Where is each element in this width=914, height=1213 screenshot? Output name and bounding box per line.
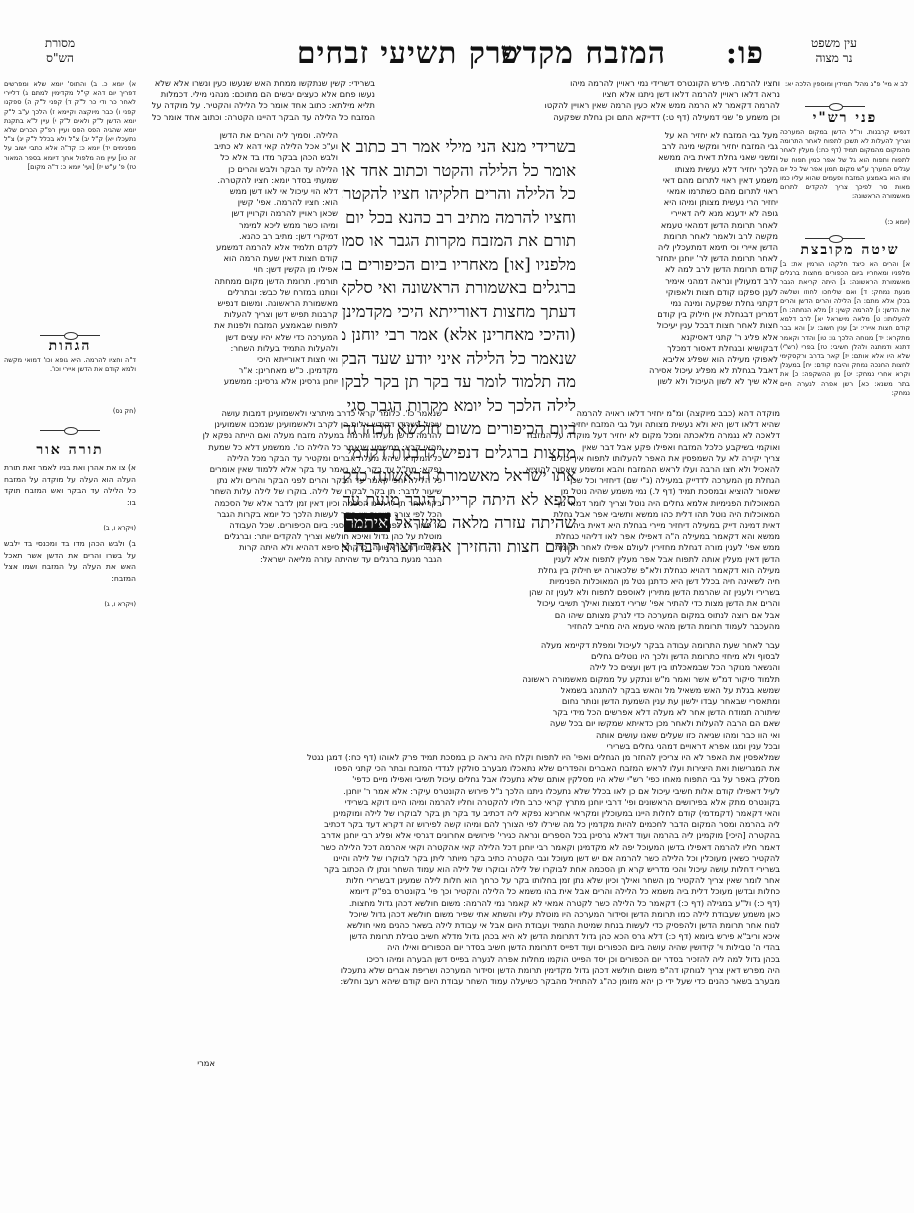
tosafot-line: והאי דקאמר (דקמדמי) קודם לחלות היינו במע… [142,808,780,819]
tosafot-line: דבקושיא ובגחלת דאסור דמכלך [582,343,778,354]
torah-or-verse-1: א) צו את אהרן ואת בניו לאמר זאת תורת העל… [4,462,136,522]
tosafot-line: שאם הם הרבה להעלות ולאחר מכן כדאיתא שמקש… [142,718,780,729]
rashi-line: מקדמינן. כ"ש מאחרינן: א"ר [142,365,338,376]
tosafot-line: דאמר חליו להרמה דאפילו בדשן המעוכל יפה ל… [142,842,780,853]
rashi-line: להרמה כדשן מעלה והרמה במעלה מזבח מעלה וא… [142,430,442,441]
tosafot-line: צריך יקירה לא על השמפסין את האפר להעלותו… [470,453,780,464]
torah-or-title: תורה אור [10,442,130,459]
rashi-line: ולהעלות התמיד בעלות השחר: [142,343,338,354]
shita-mekubetzet-text: א] והרים הא כיצד חלקהו הורמין את: ב] מלפ… [780,260,910,490]
ein-mishpat-header: עין משפט נר מצוה [794,36,874,66]
tosafot-line: חיה לשאינה חיה בכלל דשן היא כדתנן נטל מן… [470,576,780,587]
tosafot-line: אבל אם רוצה לנתוס במקום המערכה כדי לנרק … [470,610,780,621]
tosafot-line: ומתאסרי שבאחר עבדו ילשון עת ענין השמעת ה… [142,696,780,707]
tractate-title: זבחים [297,38,369,70]
next-page-catchword: אמרי [175,1058,215,1070]
rashi-bottom: שנאמר כו'. כלומר קראי כדרב מיתרצי ולאשמו… [142,408,442,573]
gemara-line: מלפניו [או] מאחריו ביום הכיפורים בחצות [342,253,576,277]
mesoret-title: מסורת [30,36,90,51]
tosafot-line: ומשני שאני גחלת דאית ביה ממשא [582,152,778,163]
tosafot-line: ראוי לתרום מהם כשתרמו אמאי [582,186,778,197]
rashi-line: באשמורת הראשונה. כדקתני סיפא דההיא ולא ה… [142,542,442,553]
rashi-line: ומיהו כשר ממש ליכא למימר [142,220,338,231]
gemara-line: (והיכי מאחרינן אלא) אמר רבי יוחנן ממשמע [342,323,576,347]
tosafot-line: המאוכלות היה נוטל תהו דלית כהו ממשא ותשי… [470,509,780,520]
rashi-line: הוא: חציו להרמה. אפי' קשין [142,197,338,208]
gemara-line: שנאמר כל הלילה איני יודע שעד הבקר [342,347,576,371]
tosafot-line: לנוח אחר תרומת הדשן ולהפסיק כדי לעשות בנ… [142,920,780,931]
tosafot-line: להאכיל ולא חצו הרבה ועלו לראש ההמזבח והב… [470,464,780,475]
rashi-side: הלילה. וסמיך ליה והרים את הדשן וע"כ אכל … [142,130,338,410]
tosafot-line: דאבל בגחלת לא מפליג עיכול אסירה [582,365,778,376]
tosafot-line: אחר לומר שאין צריך להקטיר מן השחר ואילך … [142,875,780,886]
penei-rashi-source: (יומא כ:) [780,218,910,228]
gemara-line: תורם את המזבח מקרות הגבר או סמוך לו [342,229,576,253]
rashi-line: ונותנו במזרח של כבש: ובתרלים [142,287,338,298]
divider-ornament [40,335,100,336]
torah-or-source-1: (ויקרא ו, ב) [4,524,136,534]
rashi-line: ואי חצות דאורייתא היכי [142,354,338,365]
tosafot-line: מקשה לרב ולאמר לאחר תרומת [582,231,778,242]
rashi-line: הגבר מגעת ברגלים עד שהיתה עזרה מליאה ישר… [142,554,442,565]
tosafot-line: שהיא דלאו דשן היא ולא נעשית מצותה ועל גב… [470,419,780,430]
rashi-line: הלילה. וסמיך ליה והרים את הדשן [142,130,338,141]
rashi-line: לתפוח שבאמצע המזבח ולפנות את [142,320,338,331]
tosafot-line: בשרירי דחלות עושה עיכול והכי מדריש קרא ת… [142,864,780,875]
tosafot-line: ממש אפי' לענין מורה דגחלת מחזירין לעולם … [470,542,780,553]
tosafot-line: ואי הוו כבר ומהו שגיאה כזו שעלים שאנו עו… [142,730,780,741]
rashi-line: ולבש הכהן בבקר מדו בד אלא כל [142,152,338,163]
tosafot-side: מעל גבי המזבח לא יחזיר הא על גבי המזבח י… [582,130,778,410]
rashi-line: וע"כ אכל הלילה קאי דהא לא כתיב [142,141,338,152]
tosafot-line: כאן משמע שעבודת לילה כמו תרומת הדשן וסיד… [142,909,780,920]
tosafot-line: כחלות ובדשן מעוכל דלית ביה משמא כל הלילה… [142,886,780,897]
daf-number: פו: [726,38,764,70]
tosafot-line: מסלק באפר על גבי התפוח מאחו כפי' רש"י של… [142,774,780,785]
gemara-line: בשרידי מנא הני מילי אמר רב כתוב אחד [342,135,576,159]
tosafot-line: בכהן גדול למה ליה להזכיר בסדר יום הכפורי… [142,954,780,965]
chapter-title: המזבח מקדש [500,38,666,70]
rashi-line: לקדם תלמיד אלא להרמה דמשמע [142,242,338,253]
rashi-line: המזבח כל הלילה עד הבקר דהיינו הקטרה: וכת… [140,112,375,123]
ein-mishpat-title: עין משפט [794,36,874,51]
divider-ornament [805,106,865,107]
tosafot-line: הדשן דאין מעלין אותה לתפוח אבל אפר מעלין… [470,554,780,565]
tosafot-line: בהקטרה [היכי] מוקמינן ליה בהרמה ועוד דאל… [142,830,780,841]
rashi-line: קודם חצות דאין שעת הרמה הוא [142,253,338,264]
tosafot-line: מבערב בשאר כהנים כדי שעל ידי כן יהא מזומ… [142,976,780,987]
tosafot-line: מוקדה דהא (כבב מיוקצה) ומ"מ יחזיר דלאו ר… [470,408,780,419]
rashi-end-word [420,578,460,590]
penei-rashi-text: דנפיש קרבנות. ור"ל הדשן במקום המערכה וצר… [780,128,910,218]
hagahot-text: ד"ה וחציו להרמה. היא גופא וכו' דמואי מקש… [4,356,136,392]
tosafot-line: לאחר תרומת הדשן דמהאי טעמא [582,220,778,231]
rashi-line: בשרידי: קשין שנתקשו ממחת האש שנעשו כעין … [140,78,375,89]
tosafot-line: מהעכבר לעמוד תרומת הדשן מהאי טעמא היה מח… [470,621,780,632]
rashi-line: שכאן ראויין להרמה וקרויין דשן [142,208,338,219]
rashi-line: דלא הוי עיכול אי לאו דשן ממש [142,186,338,197]
tosafot-line: וחציו להרמה. פירש הקונטרס דשרידי נמי ראו… [545,78,780,89]
mesoret-header: מסורת הש"ס [30,36,90,66]
rashi-line: שמעתי בסדר יומא: חציו להקטרה. [142,175,338,186]
tosafot-line: מעל גבי המזבח לא יחזיר הא על [582,130,778,141]
tosafot-line: עבר לאחר שעת התרומה עבודה בבקר לעיכול ומ… [142,640,780,651]
ein-mishpat-entry: לב א מיי' פ"ג מהל' תמידין ומוספין הלכה י… [780,80,908,100]
tosafot-line: דאית דמינה דייק במעילה דיחזיר מיירי בגחל… [470,520,780,531]
shita-mekubetzet-title: שיטה מקובצת [790,242,910,259]
hagahot-source: (חק נס) [4,407,136,417]
tosafot-line: לעיל דאפילו קודם אלות חשיבי עיכול אם כן … [142,786,780,797]
gemara-line: כל הלילה והרים חלקיהו חציו להקטרה [342,182,576,206]
tosafot-line: הדשן איירי וכי תימא דמתעכלין ליה [582,242,778,253]
tosafot-line: בהדי ה' טבילות וי' קידושין שהיה עושה ביו… [142,942,780,953]
mesoret-hashas-text: א) יומא כ. ב) והתוס' יומא שלא ומפרשים דפ… [4,80,136,305]
tosafot-line: שמשא בגלת על האש משאיל מל והאש בבקר להתנ… [142,685,780,696]
rashi-line: נעשו פחם אלא כעצים יבשים הם מתוכם: מנהני… [140,89,375,100]
penei-rashi-title: פני רש"י [790,110,900,127]
rashi-line: המערכה כדי שלא יהיו עצים דשן [142,332,338,343]
gemara-line: אומר כל הלילה והקטר וכתוב אחד אומר [342,159,576,183]
tosafot-line: הלכך יחזיר דלא נעשית מצותו [582,164,778,175]
rashi-line: מוטלת על כהן גדול ואיכא חולשא וצריך להקד… [142,531,442,542]
perek-title: פרק תשיעי [380,38,519,70]
rashi-line: שיעור לדבר: תן בקר לבקרו של לילה. בוקרו … [142,486,442,497]
tosafot-line: לענן ספקנו קודם חצות ולאפוקי [582,287,778,298]
gemara-line: ברגלים באשמורת הראשונה ואי סלקא [342,276,576,300]
tosafot-line: שאסור להוציא ובמסכת תמיד (דף ל.) נמי משמ… [470,486,780,497]
tosafot-line: לרב דמעולין ונראה דמהני אימיר [582,276,778,287]
tosafot-line: אלא שיך לא לשון העיכול ולא לשון [582,376,778,387]
ner-mitzvah-title: נר מצוה [794,51,874,66]
rashi-line: מהאי קרא: ממשמע שנאמר כל הלילה כו'. ממשמ… [142,442,442,453]
rashi-line: עיכול בשרידי דקודש אלות הן לקרב ולאשמועי… [142,419,442,430]
tosafot-line: גבי המזבח יחזיר ומקשי מינה לרב [582,141,778,152]
tosafot-line: משמע דאין ראוי לתרום מהם דאי [582,175,778,186]
tosafot-line: ואוקמי בשיקבע כלכל המזבח ואפילו פקע אבל … [470,442,780,453]
tosafot-line: (דף כ:) ול"ע במגילה (דף כ:) דקאמר כל הלי… [142,898,780,909]
tosafot-line: המאוכלות הפנימיות אלמא גחלים היה נוטל וצ… [470,498,780,509]
rashi-line: שנאמר כו'. כלומר קראי כדרב מיתרצי ולאשמו… [142,408,442,419]
tosafot-line: והנשאר מנוקר הכל שבמאכלתו בין דשן ועצים … [142,662,780,673]
divider-ornament [40,430,100,431]
tosafot-continued: מוקדה דהא (כבב מיוקצה) ומ"מ יחזיר דלאו ר… [470,408,780,638]
rashi-line: אפילו מן הקשין דשן: חוי [142,264,338,275]
rashi-line: כל המקרא שיהא מעלה אברים ומקטיר עד הבקר … [142,453,442,464]
tosafot-line: יחזיר הרי נעשית מצותן ומיהו היא [582,197,778,208]
tosafot-line: איכא וריב"א פירש ביומא (דף כ:) דלא גרס ה… [142,931,780,942]
tosafot-line: ליה בהרמה ומסר המקום הדבר לחכמים להיות מ… [142,819,780,830]
tosafot-line: להקטיר כשאין מעוכלין וכל הלילה כשר להרמה… [142,853,780,864]
tosafot-line: לאחר תרומת הדשן לר' יוחנן יתחזר [582,253,778,264]
tosafot-line: היה מפרש דאין צריך לגוחקו דה"פ משום חולש… [142,965,780,976]
tosafot-top: וחציו להרמה. פירש הקונטרס דשרידי נמי ראו… [545,78,780,128]
gemara-line: דעתך מחצות דאורייתא היכי מקדמינן [342,300,576,324]
tosafot-full-width: עבר לאחר שעת התרומה עבודה בבקר לעיכול ומ… [142,640,780,1120]
tosafot-line: קודם תרומת הדשן לרב למה לא [582,264,778,275]
tosafot-line: להרמה דקאמר לא הרמה ממש אלא כעין הרמה שא… [545,100,780,111]
tosafot-line: חצות לאחר חצות דבכל ענין יעיכול [582,320,778,331]
gemara-line: מה תלמוד לומר עד בקר תן בקר לבקרו של [342,370,576,394]
tosafot-line: לאפוקי מעילה הוא שפליג אליבא [582,354,778,365]
tosafot-line: שיתורה תמודח הדשן אחר לא מעלה דלא אפרשים… [142,707,780,718]
rashi-line: תורמין. תרומת הדשן מקום ממחתה [142,276,338,287]
rashi-line: הכל לפי צורך השעה יש בידך לעשות הלכך כל … [142,509,442,520]
tosafot-line: וכן משמע פ' שני דמעילה (דף ט:) דדייקא הת… [545,112,780,123]
divider-ornament [805,238,865,239]
torah-or-source-2: (ויקרא ו, ג) [4,600,136,610]
rashi-line: כל הלילה והכי קאמר עד הבקר והרים לפני הב… [142,475,442,486]
torah-or-verse-2: ב) ולבש הכהן מדו בד ומכנסי בד ילבש על בש… [4,538,136,598]
tosafot-line: שמלאפסין את האפר לא היו צריכין להחזר מן … [142,752,780,763]
rashi-line: או סמוך לו לפניו או לאחריו סגי: ביום הכי… [142,520,442,531]
rashi-line: יוחנן גרסינן אלא גרסינן: ממשמע [142,376,338,387]
rashi-line: קרבנות תפיש דשן וצריך להעלות [142,309,338,320]
tosafot-line: אלא פליג ר' קתני דאסיקנא [582,332,778,343]
rashi-line: מאשמורת הראשונה. ומשום דנפיש [142,298,338,309]
tosafot-line: מעילה הוא דקאמר דהויא כגחלת ולא"פ שלכאור… [470,565,780,576]
tosafot-line: ממשא והא דקאמר במעילה ה"ה דאפילו אפר לאו… [470,531,780,542]
tosafot-line: ובכל ענין ומגו אפרא דראויים דמהני גחלים … [142,741,780,752]
rashi-line: בקר אחר תן לו היינו הסכמה וכיון דאין זמן… [142,498,442,509]
tosafot-line: בשרירי ולענין זה שהרמת הדשן מתירין לאוספ… [470,587,780,598]
tosafot-line: דקתני גחלת שפקעה ומינה נמי [582,298,778,309]
tosafot-line: לבסוף ולא מיחזי כתרומת הדשן ולכך היו נוט… [142,651,780,662]
gemara-line: וחציו להרמה מתיב רב כהנא בכל יום [342,206,576,230]
tosafot-line: בקונטרס מתק אלא בפירושים הראשונים ופי' ד… [142,797,780,808]
tosafot-line: והרים את הדשן מצות כדי להתיר אפי' שרירי … [470,598,780,609]
rashi-line: הלילה עד הבקר ולבש והרים כן [142,164,338,175]
hashas-title: הש"ס [30,51,90,66]
tosafot-line: תלמוד סיקור דמ"ש אשר ואמר מ"ש ונתקע על מ… [142,674,780,685]
rashi-line: דמיקרי דשן: מתיב רב כהנא. [142,231,338,242]
tosafot-line: את המגרישות ואת היצירות ועלו לראש המזבח … [142,763,780,774]
tosafot-line: גופה לא ידענא מנא ליה דאיירי [582,208,778,219]
hagahot-title: הגהות [10,338,130,355]
rashi-top: בשרידי: קשין שנתקשו ממחת האש שנעשו כעין … [140,78,375,128]
tosafot-line: נראה דלאו ראויין להרמה דלאו דשן ניתנו אל… [545,89,780,100]
rashi-line: נפקא: מת"ל עד בקר. לא נאמר עד בקר אלא לל… [142,464,442,475]
rashi-line: תליא מילתא: כתוב אחד אומר כל הלילה והקטי… [140,100,375,111]
tosafot-line: דמרינן דבגחלת אין חילוק בין קודם [582,309,778,320]
tosafot-line: הגחלת מן המערכה לדדייק במעילה (ג"י שם) ד… [470,475,780,486]
tosafot-line: דלאכה לא נגמרה מלאכתה ומכל מקום לא יחזיר… [470,430,780,441]
